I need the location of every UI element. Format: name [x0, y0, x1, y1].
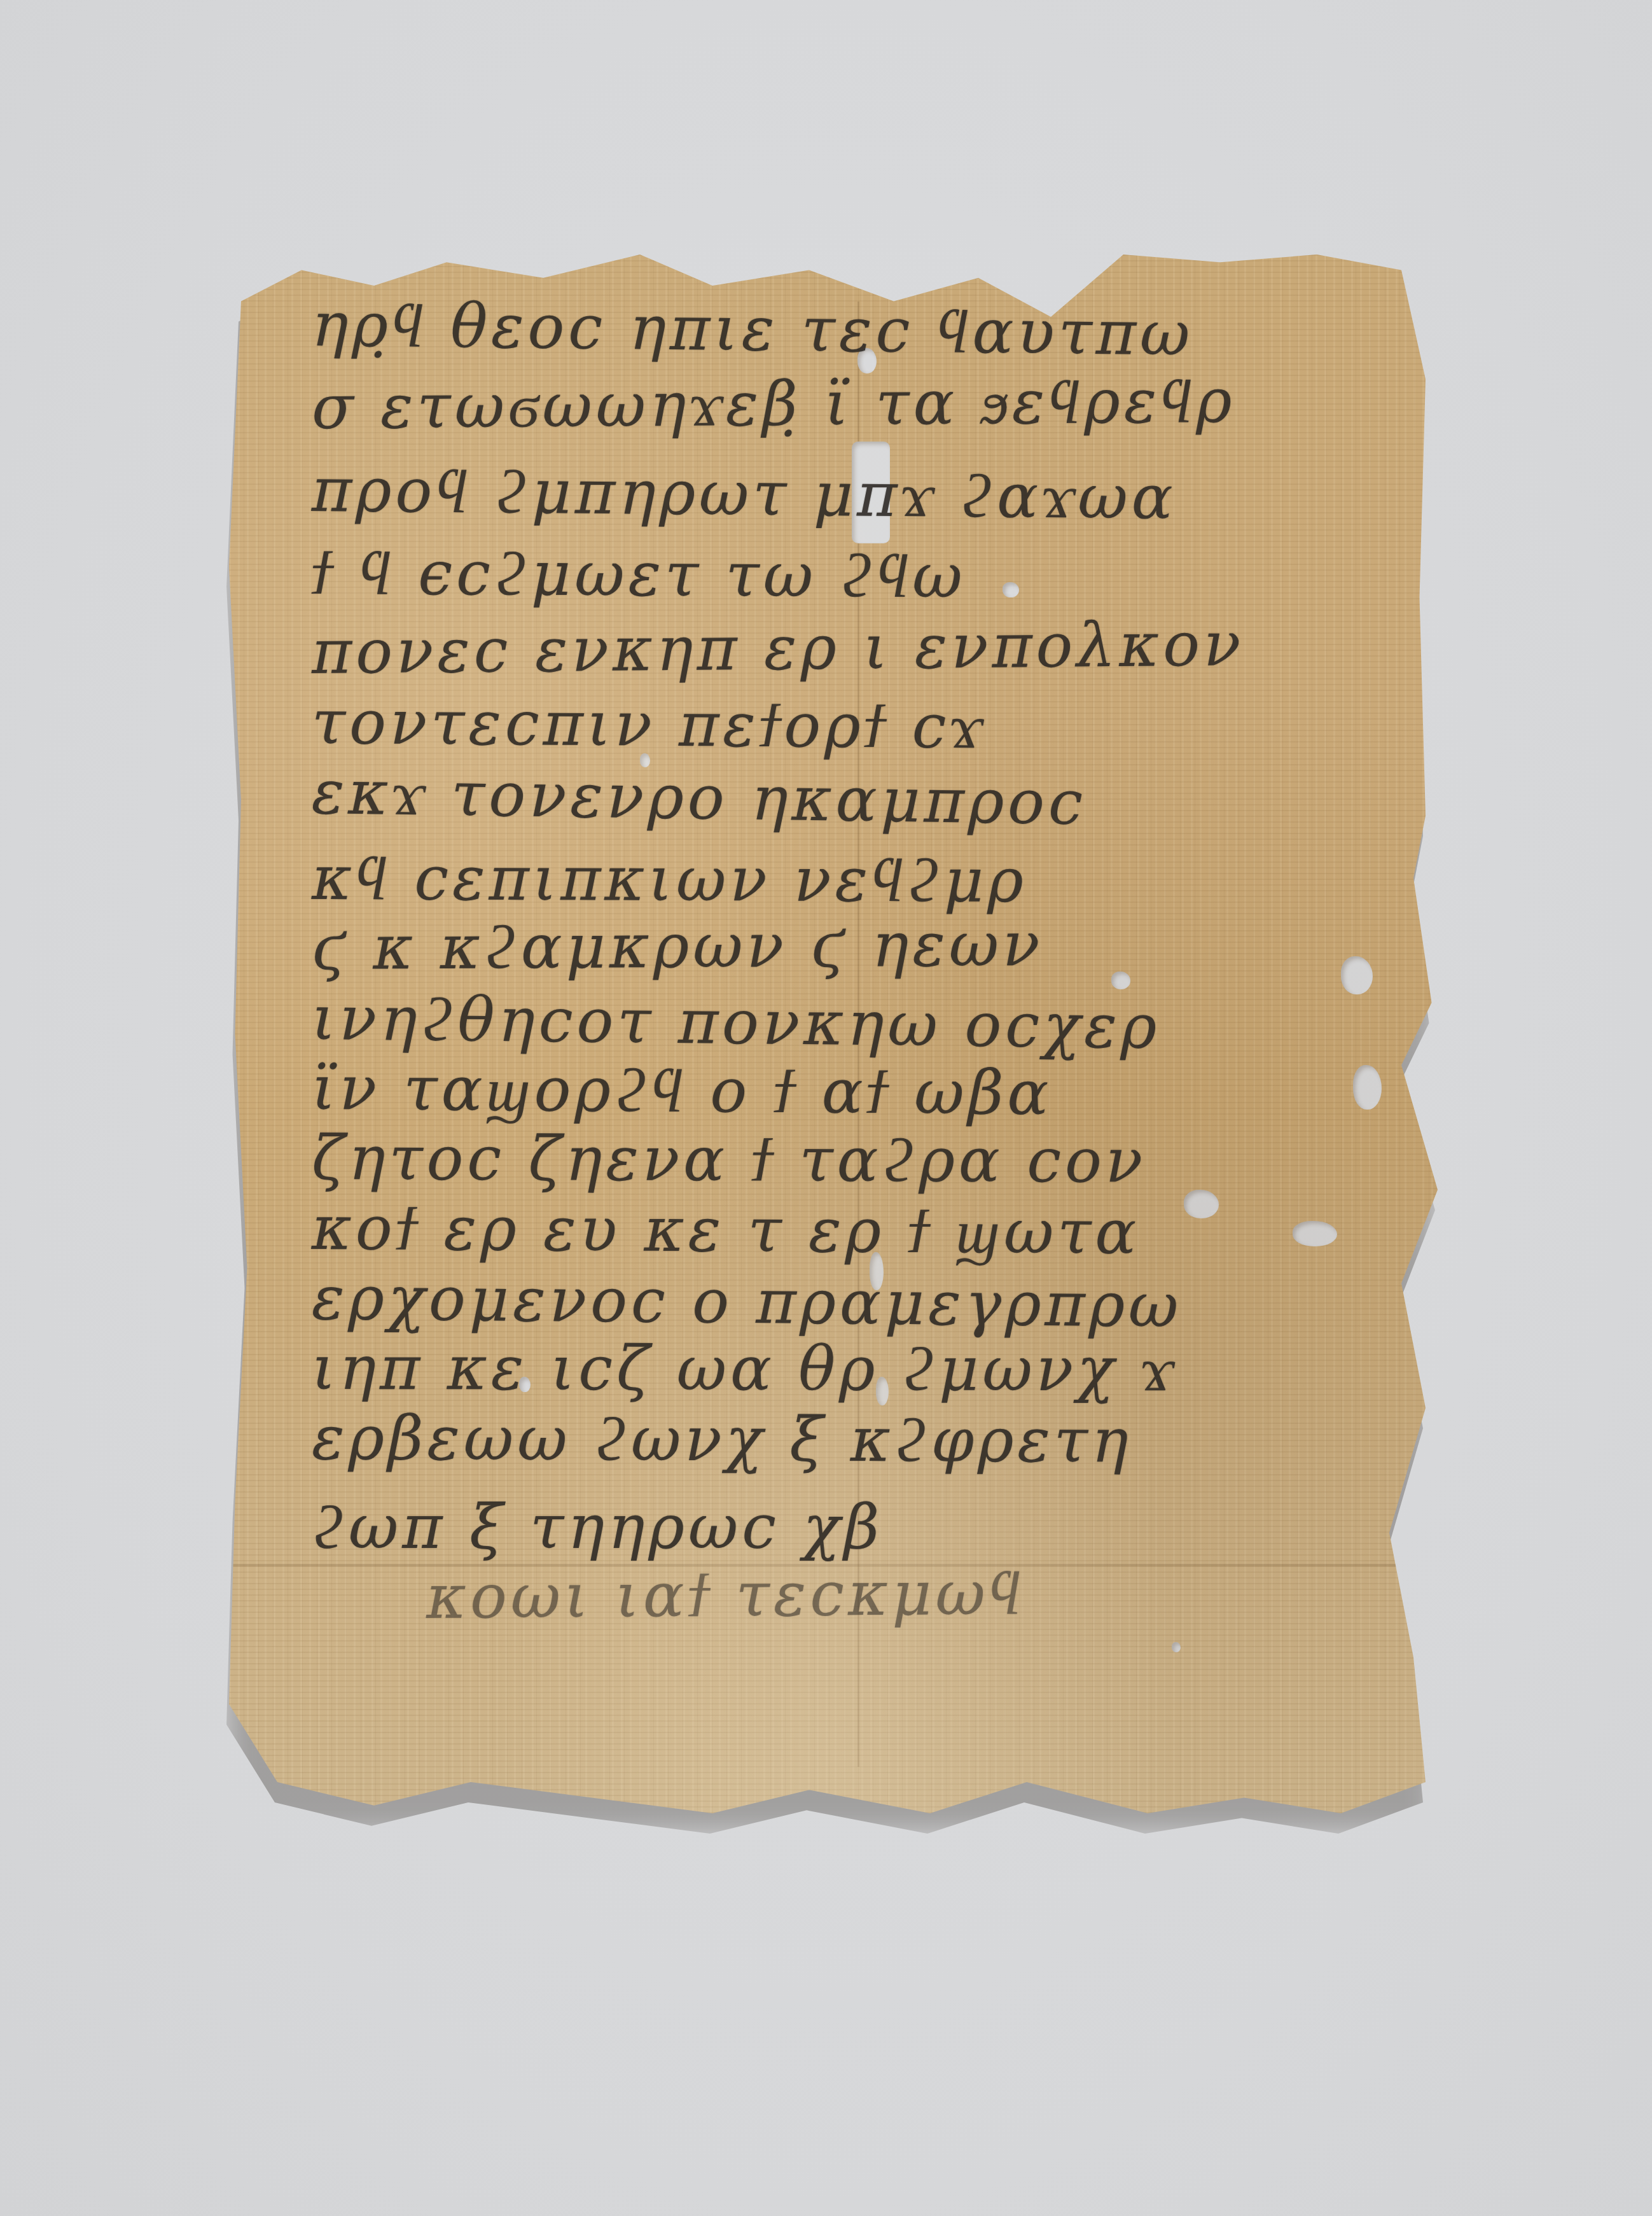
text-line: ϩωπ ξ τηηρωϲ χβ — [312, 1492, 1406, 1562]
text-line-gap — [312, 1473, 1406, 1486]
text-line: ϛ κ κϩαμκρων ϛ ηεων — [312, 907, 1406, 983]
text-line: τοντεϲπιν πεϯορϯ ϲϫ — [312, 687, 1406, 765]
text-line: ερβεωω ϩωνχ ξ κϩφρετη — [312, 1403, 1406, 1477]
text-line: ινηϩθηϲοτ πονκηω οϲχερ — [311, 983, 1406, 1064]
text-line: ζητοϲ ζηενα ϯ ταϩρα ϲον — [312, 1123, 1406, 1197]
text-line: προϥ ϩμπηρωτ μπϫ ϩαϫωα — [312, 455, 1406, 534]
text-line: πονεϲ ενκηπ ερ ι ενπολκον — [312, 608, 1406, 687]
text-line: ηρ̣ϥ θεοϲ ηπιε τεϲ ϥαυτπω — [311, 289, 1406, 371]
text-line: ιηπ κε ιϲζ ωα θρ ϩμωνχ ϫ — [312, 1333, 1406, 1405]
text-line-faint: κοωι ιαϯ τεϲκμωϥ — [426, 1555, 1406, 1632]
handwritten-text-block: ηρ̣ϥ θεοϲ ηπιε τεϲ ϥαυτπω σ ετωϭωωηϫεβ̣ … — [312, 289, 1406, 1632]
text-line: ερχομενοϲ ο πραμεγρπρω — [312, 1263, 1406, 1342]
papyrus-hole — [1172, 1642, 1181, 1652]
text-line: σ ετωϭωωηϫεβ̣ ϊ τα ϧεϥρεϥρ — [312, 365, 1406, 442]
text-line: ϯ ϥ ϵϲϩμωετ τω ϩϥω — [312, 538, 1406, 613]
text-line: κοϯ ερ ευ κε τ ερ ϯ ϣωτα — [312, 1193, 1406, 1269]
text-line: κϥ ϲεπιπκιων νεϥϩμρ — [312, 843, 1406, 917]
text-line: ϊν ταϣορϩϥ ο ϯ αϯ ωβα — [312, 1053, 1406, 1131]
text-line: εκϫ τονενρο ηκαμπροϲ — [311, 757, 1406, 842]
